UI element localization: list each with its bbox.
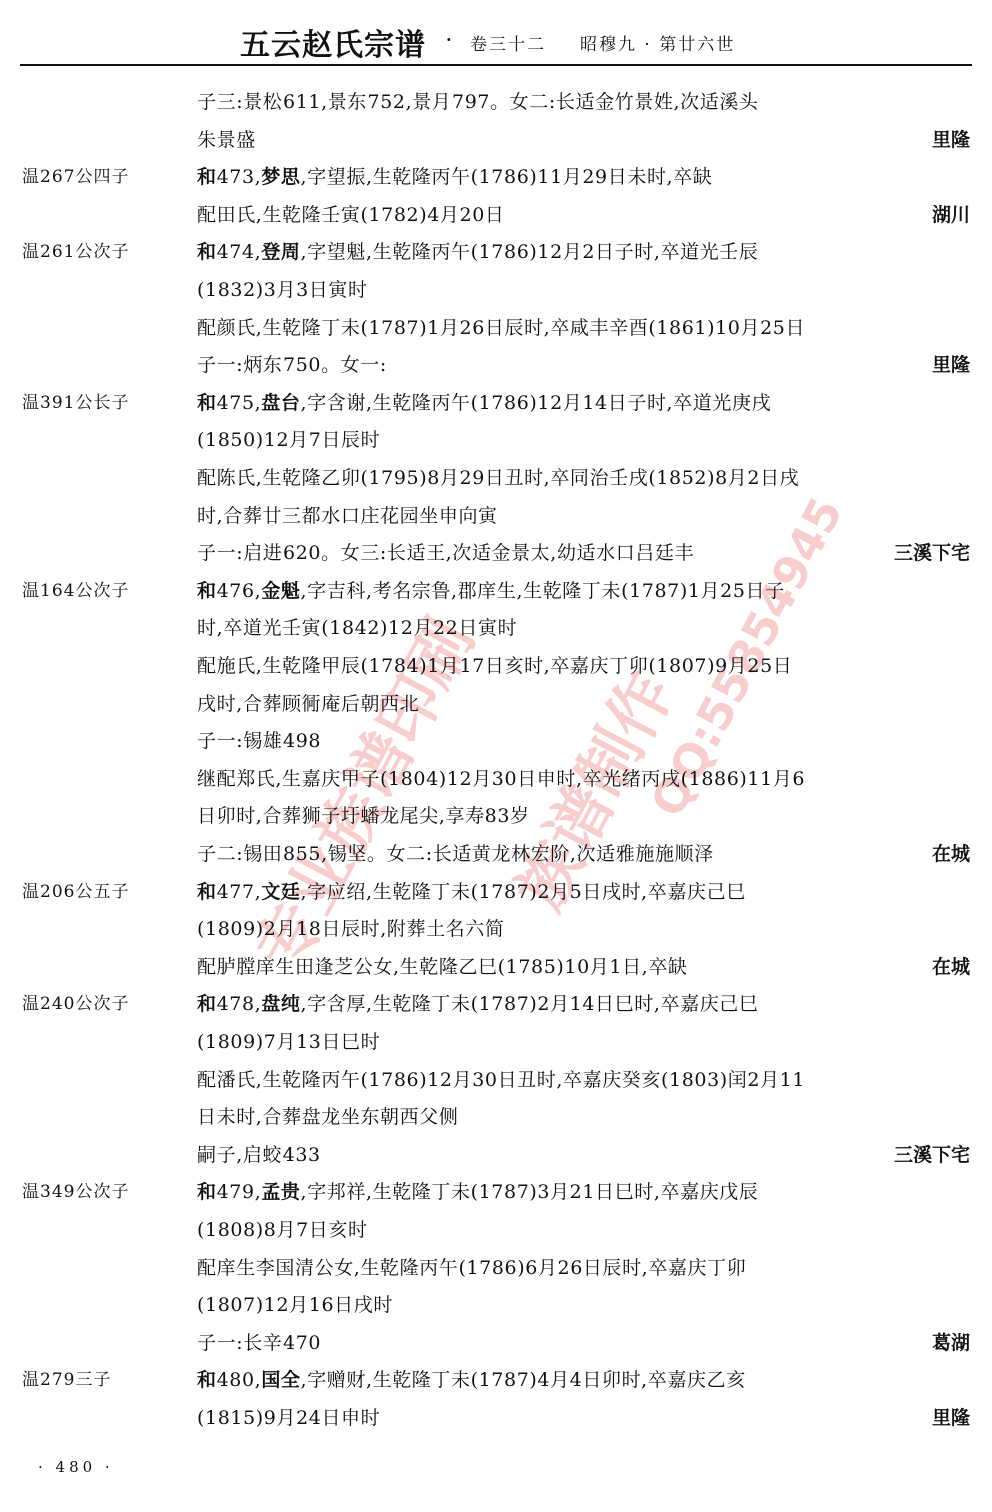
text-line: 温391公长子和475,盘台,字含谢,生乾隆丙午(1786)12月14日子时,卒… — [0, 385, 992, 421]
entry-text: 子一:长辛𬁼470 — [197, 1325, 972, 1361]
residence-place: 在城 — [932, 949, 970, 985]
entry-text: (1815)9月24日申时 — [197, 1400, 972, 1436]
text-line: 朱景盛里隆 — [0, 122, 992, 158]
text-line: 子一:炳东𬁼750。女一:里隆 — [0, 347, 992, 383]
entry-text: (1850)12月7日辰时 — [197, 422, 972, 458]
entry-text: 配胪膛庠生田逢芝公女,生乾隆乙巳(1785)10月1日,卒缺 — [197, 949, 972, 985]
text-line: (1809)2月18日辰时,附葬土名六简 — [0, 911, 992, 947]
entry-text: 和477,文廷,字应绍,生乾隆丁未(1787)2月5日戌时,卒嘉庆己巳 — [197, 874, 972, 910]
text-line: 温279三子和480,国全,字赠财,生乾隆丁未(1787)4月4日卯时,卒嘉庆乙… — [0, 1362, 992, 1398]
lineage-note: 温261公次子 — [22, 234, 129, 270]
entry-text: 子三:景松𬁼611,景东𬁼752,景月𬁼797。女二:长适金竹景姓,次适溪头 — [197, 84, 972, 120]
text-line: 日未时,合葬盘龙坐东朝西父侧 — [0, 1099, 992, 1135]
text-line: 温240公次子和478,盘纯,字含厚,生乾隆丁未(1787)2月14日巳时,卒嘉… — [0, 986, 992, 1022]
entry-text: 日未时,合葬盘龙坐东朝西父侧 — [197, 1099, 972, 1135]
text-line: 配庠生李国清公女,生乾隆丙午(1786)6月26日辰时,卒嘉庆丁卯 — [0, 1250, 992, 1286]
title-separator: · — [446, 30, 452, 49]
text-line: 子一:长辛𬁼470葛湖 — [0, 1325, 992, 1361]
entry-text: (1808)8月7日亥时 — [197, 1212, 972, 1248]
text-line: 子二:锡田𬁼855,锡坚。女二:长适黄龙林宏阶,次适雅施施顺泽在城 — [0, 836, 992, 872]
text-line: 嗣子,启蛟𬁼433三溪下宅 — [0, 1137, 992, 1173]
entry-text: (1807)12月16日戌时 — [197, 1287, 972, 1323]
lineage-note: 温206公五子 — [22, 874, 129, 910]
lineage-note: 温240公次子 — [22, 986, 129, 1022]
entry-text: 配潘氏,生乾隆丙午(1786)12月30日丑时,卒嘉庆癸亥(1803)闰2月11 — [197, 1062, 972, 1098]
entry-text: 和478,盘纯,字含厚,生乾隆丁未(1787)2月14日巳时,卒嘉庆己巳 — [197, 986, 972, 1022]
text-line: 继配郑氏,生嘉庆甲子(1804)12月30日申时,卒光绪丙戌(1886)11月6 — [0, 761, 992, 797]
text-line: 配施氏,生乾隆甲辰(1784)1月17日亥时,卒嘉庆丁卯(1807)9月25日 — [0, 648, 992, 684]
entry-text: 日卯时,合葬狮子圩蟠龙尾尖,享寿83岁 — [197, 798, 972, 834]
entry-text: 子一:炳东𬁼750。女一: — [197, 347, 972, 383]
text-line: 温349公次子和479,孟贵,字邦祥,生乾隆丁未(1787)3月21日巳时,卒嘉… — [0, 1174, 992, 1210]
residence-place: 湖川 — [932, 197, 970, 233]
entry-text: 和479,孟贵,字邦祥,生乾隆丁未(1787)3月21日巳时,卒嘉庆戊辰 — [197, 1174, 972, 1210]
text-line: 子一:启进𬁼620。女三:长适王,次适金景太,幼适水口吕廷丰三溪下宅 — [0, 535, 992, 571]
text-line: 配颜氏,生乾隆丁未(1787)1月26日辰时,卒咸丰辛酉(1861)10月25日 — [0, 310, 992, 346]
entry-text: (1832)3月3日寅时 — [197, 272, 972, 308]
text-line: (1807)12月16日戌时 — [0, 1287, 992, 1323]
lineage-note: 温349公次子 — [22, 1174, 129, 1210]
residence-place: 里隆 — [932, 122, 970, 158]
text-line: 戌时,合葬顾衕庵后朝西北 — [0, 686, 992, 722]
residence-place: 三溪下宅 — [894, 1137, 970, 1173]
lineage-note: 温267公四子 — [22, 159, 129, 195]
text-line: 配潘氏,生乾隆丙午(1786)12月30日丑时,卒嘉庆癸亥(1803)闰2月11 — [0, 1062, 992, 1098]
entry-text: 子一:锡雄𬁼498 — [197, 723, 972, 759]
text-line: 配田氏,生乾隆壬寅(1782)4月20日湖川 — [0, 197, 992, 233]
entry-text: 配陈氏,生乾隆乙卯(1795)8月29日丑时,卒同治壬戌(1852)8月2日戌 — [197, 460, 972, 496]
text-line: 配陈氏,生乾隆乙卯(1795)8月29日丑时,卒同治壬戌(1852)8月2日戌 — [0, 460, 992, 496]
lineage-note: 温391公长子 — [22, 385, 129, 421]
entry-text: 继配郑氏,生嘉庆甲子(1804)12月30日申时,卒光绪丙戌(1886)11月6 — [197, 761, 972, 797]
residence-place: 三溪下宅 — [894, 535, 970, 571]
entry-text: 配施氏,生乾隆甲辰(1784)1月17日亥时,卒嘉庆丁卯(1807)9月25日 — [197, 648, 972, 684]
text-line: 子三:景松𬁼611,景东𬁼752,景月𬁼797。女二:长适金竹景姓,次适溪头 — [0, 84, 992, 120]
volume-label: 卷三十二 — [470, 30, 546, 55]
lineage-note: 温164公次子 — [22, 573, 129, 609]
page-number: · 480 · — [38, 1458, 114, 1476]
entry-text: 朱景盛 — [197, 122, 972, 158]
text-line: (1850)12月7日辰时 — [0, 422, 992, 458]
generation-label: 昭穆九 · 第廿六世 — [580, 30, 735, 55]
entry-text: (1809)2月18日辰时,附葬土名六简 — [197, 911, 972, 947]
entry-text: 配庠生李国清公女,生乾隆丙午(1786)6月26日辰时,卒嘉庆丁卯 — [197, 1250, 972, 1286]
entry-text: 和476,金魁,字吉科,考名宗鲁,郡庠生,生乾隆丁未(1787)1月25日子 — [197, 573, 972, 609]
text-line: 时,合葬廿三都水口庄花园坐申向寅 — [0, 498, 992, 534]
text-line: (1832)3月3日寅时 — [0, 272, 992, 308]
residence-place: 里隆 — [932, 1400, 970, 1436]
page-header: 五云赵氏宗谱 · 卷三十二 昭穆九 · 第廿六世 — [0, 18, 992, 64]
entry-text: 嗣子,启蛟𬁼433 — [197, 1137, 972, 1173]
entry-text: 和480,国全,字赠财,生乾隆丁未(1787)4月4日卯时,卒嘉庆乙亥 — [197, 1362, 972, 1398]
entry-text: 时,卒道光壬寅(1842)12月22日寅时 — [197, 610, 972, 646]
entry-text: 配颜氏,生乾隆丁未(1787)1月26日辰时,卒咸丰辛酉(1861)10月25日 — [197, 310, 972, 346]
text-line: (1808)8月7日亥时 — [0, 1212, 992, 1248]
text-line: 温206公五子和477,文廷,字应绍,生乾隆丁未(1787)2月5日戌时,卒嘉庆… — [0, 874, 992, 910]
text-line: 温164公次子和476,金魁,字吉科,考名宗鲁,郡庠生,生乾隆丁未(1787)1… — [0, 573, 992, 609]
text-line: 温261公次子和474,登周,字望魁,生乾隆丙午(1786)12月2日子时,卒道… — [0, 234, 992, 270]
text-line: (1815)9月24日申时里隆 — [0, 1400, 992, 1436]
entry-text: 和474,登周,字望魁,生乾隆丙午(1786)12月2日子时,卒道光壬辰 — [197, 234, 972, 270]
book-title: 五云赵氏宗谱 — [240, 20, 426, 64]
residence-place: 葛湖 — [932, 1325, 970, 1361]
entry-text: 和475,盘台,字含谢,生乾隆丙午(1786)12月14日子时,卒道光庚戌 — [197, 385, 972, 421]
text-line: 日卯时,合葬狮子圩蟠龙尾尖,享寿83岁 — [0, 798, 992, 834]
residence-place: 在城 — [932, 836, 970, 872]
entry-text: 戌时,合葬顾衕庵后朝西北 — [197, 686, 972, 722]
entry-text: 和473,梦思,字望振,生乾隆丙午(1786)11月29日未时,卒缺 — [197, 159, 972, 195]
header-rule — [20, 64, 972, 66]
text-line: 时,卒道光壬寅(1842)12月22日寅时 — [0, 610, 992, 646]
text-line: (1809)7月13日巳时 — [0, 1024, 992, 1060]
entry-text: (1809)7月13日巳时 — [197, 1024, 972, 1060]
text-line: 配胪膛庠生田逢芝公女,生乾隆乙巳(1785)10月1日,卒缺在城 — [0, 949, 992, 985]
lineage-note: 温279三子 — [22, 1362, 111, 1398]
text-line: 温267公四子和473,梦思,字望振,生乾隆丙午(1786)11月29日未时,卒… — [0, 159, 992, 195]
residence-place: 里隆 — [932, 347, 970, 383]
entry-text: 子二:锡田𬁼855,锡坚。女二:长适黄龙林宏阶,次适雅施施顺泽 — [197, 836, 972, 872]
entry-text: 时,合葬廿三都水口庄花园坐申向寅 — [197, 498, 972, 534]
entry-text: 配田氏,生乾隆壬寅(1782)4月20日 — [197, 197, 972, 233]
text-line: 子一:锡雄𬁼498 — [0, 723, 992, 759]
entry-text: 子一:启进𬁼620。女三:长适王,次适金景太,幼适水口吕廷丰 — [197, 535, 972, 571]
